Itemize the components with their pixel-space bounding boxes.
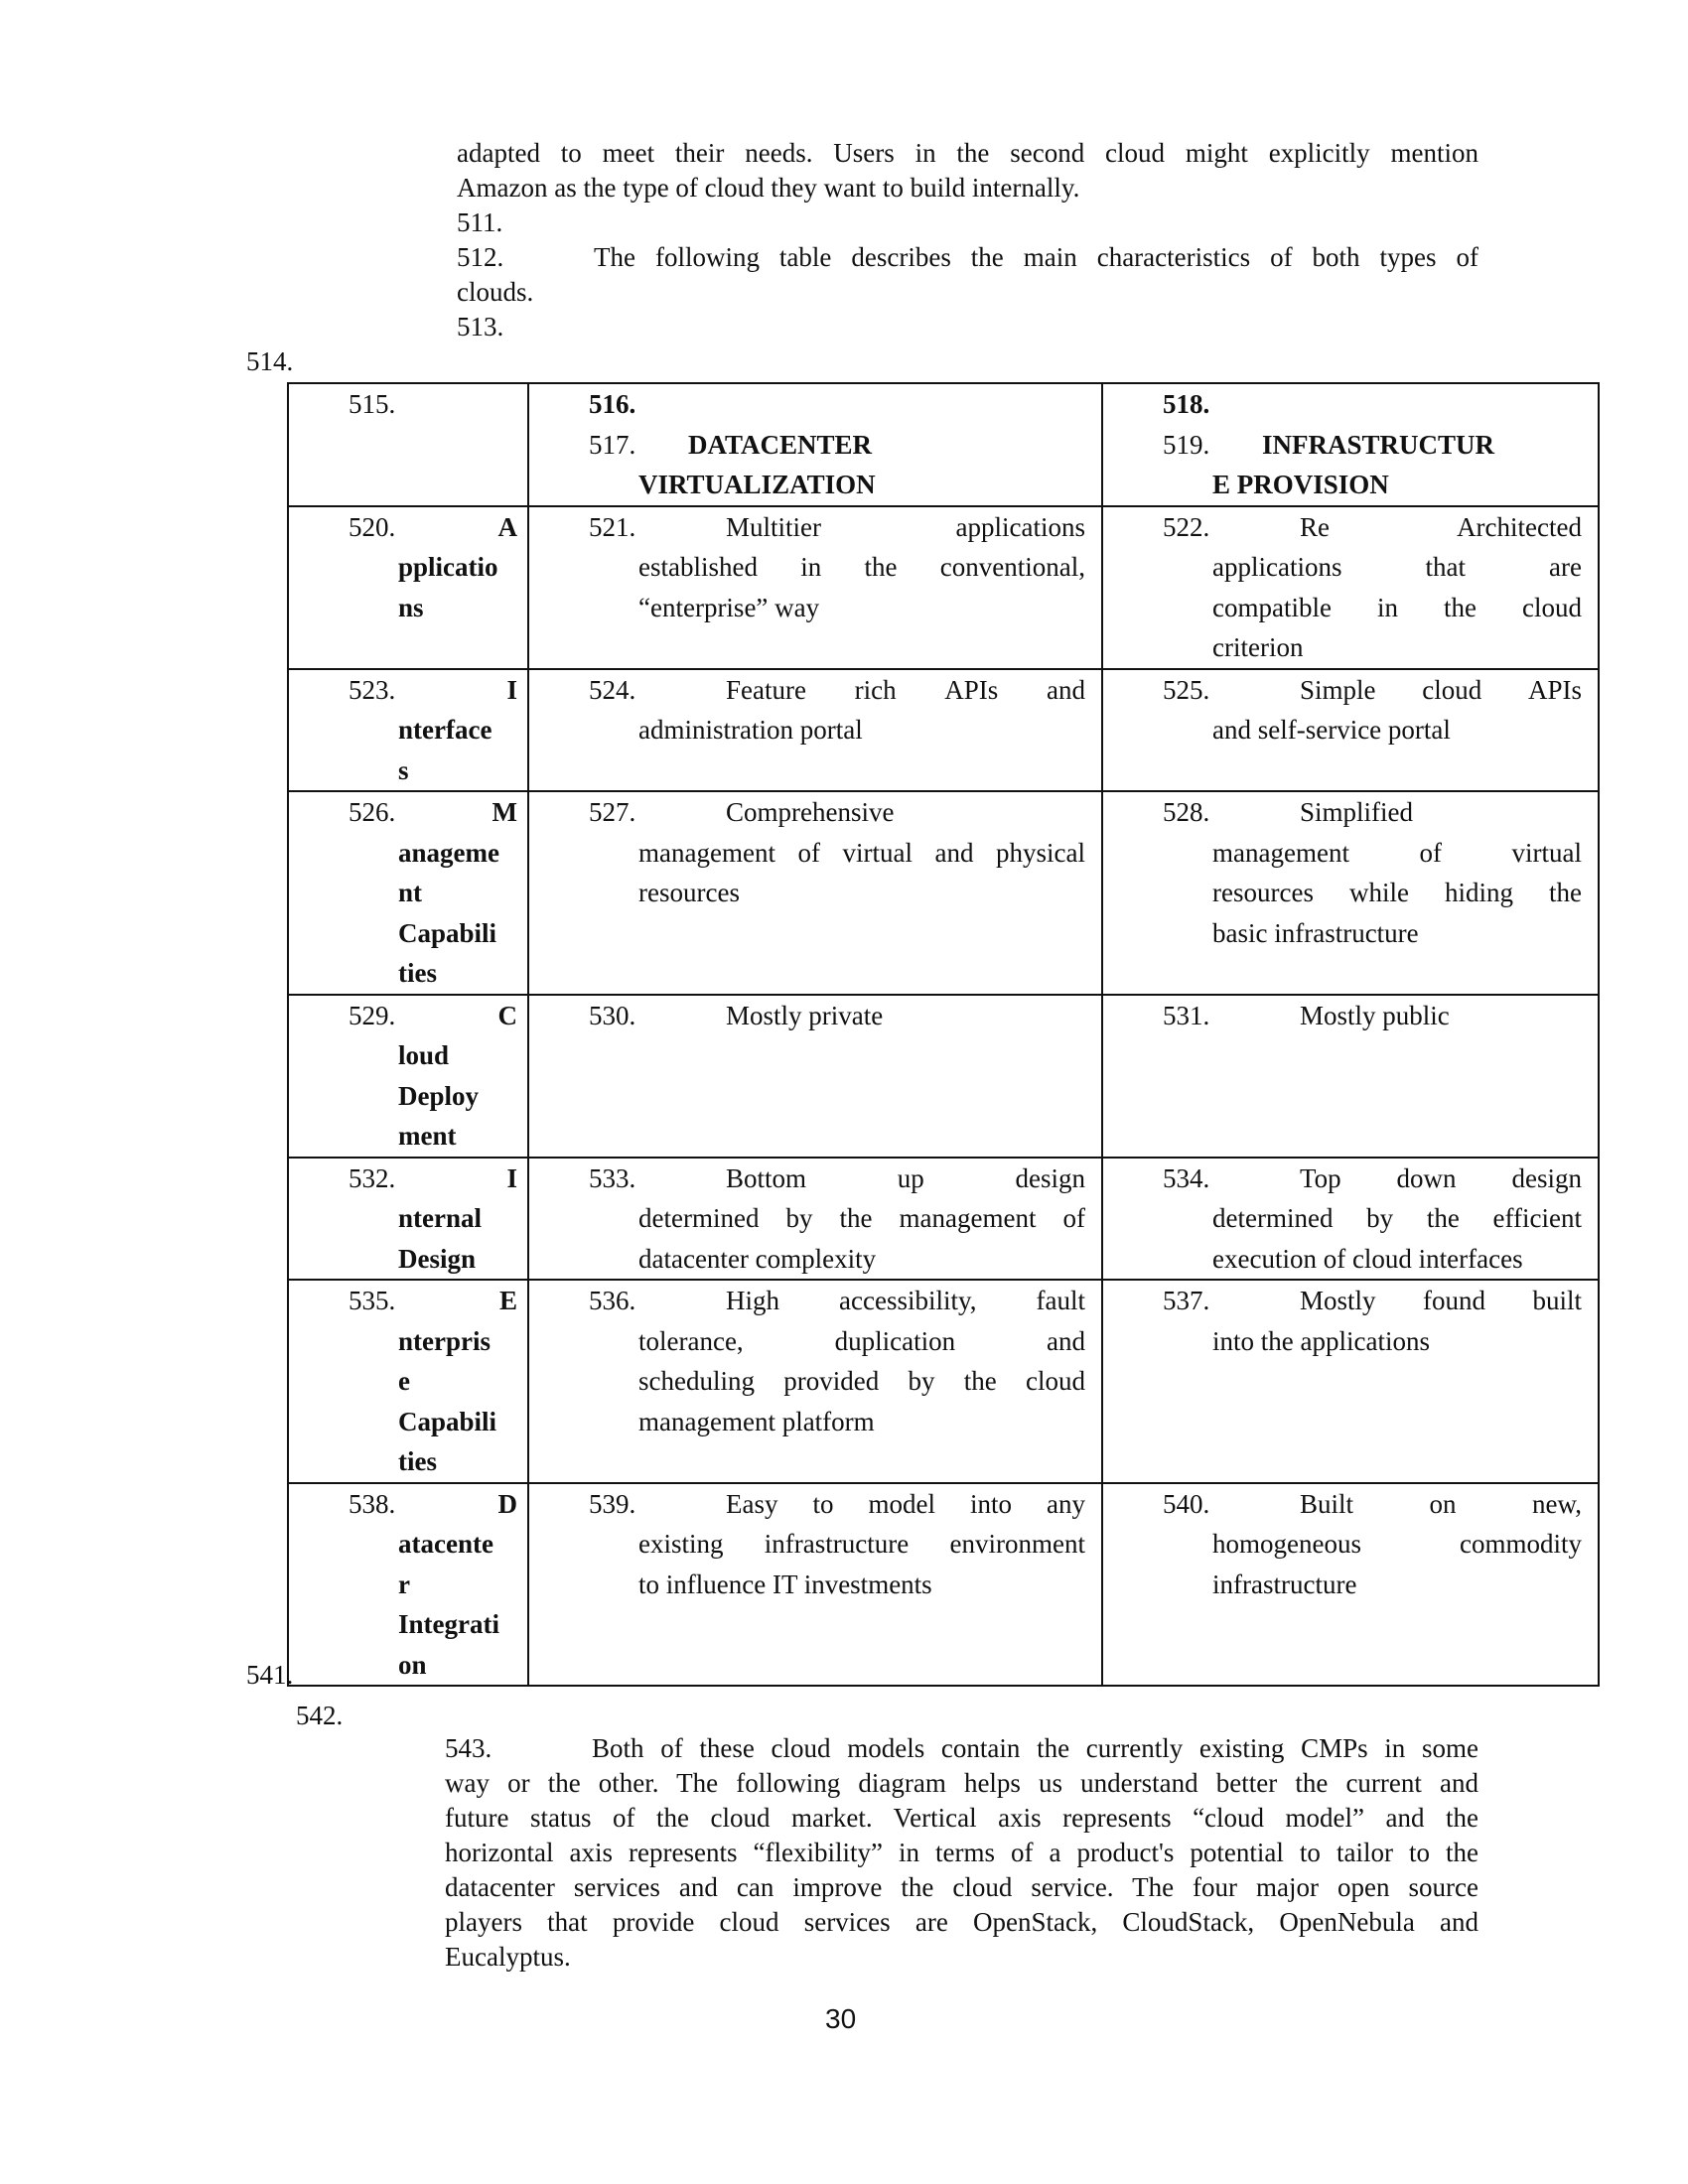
- row-label-text: pplicatio: [349, 547, 517, 588]
- row-label-cell: 538.DatacenterIntegration: [288, 1483, 528, 1687]
- cell-text: resources while hiding the: [1163, 873, 1582, 913]
- cell-text: management of virtual and physical: [589, 833, 1085, 874]
- word: APIs: [944, 670, 998, 711]
- word: to: [812, 1484, 833, 1525]
- word: model: [869, 1484, 936, 1525]
- line-number: 541.: [246, 1658, 293, 1693]
- cell-text: management platform: [589, 1402, 1085, 1442]
- paragraph-line: datacenter services and can improve the …: [445, 1870, 1478, 1905]
- header-cell-empty: 515.: [288, 383, 528, 506]
- cell-number: 519.: [1163, 425, 1262, 466]
- paragraph-line: 512. The following table describes the m…: [457, 240, 1478, 275]
- top-paragraph: adapted to meet their needs. Users in th…: [457, 136, 1478, 344]
- cell-text: Easytomodelintoany: [688, 1484, 1085, 1525]
- cell-number: 525.: [1163, 670, 1262, 711]
- word: applications: [956, 507, 1085, 548]
- datacenter-virtualization-cell: 530.Mostly private: [528, 995, 1102, 1158]
- infrastructure-provision-cell: 525.SimplecloudAPIsand self-service port…: [1102, 669, 1599, 792]
- row-label-first-letter: A: [498, 507, 518, 548]
- datacenter-virtualization-cell: 527.Comprehensivemanagement of virtual a…: [528, 791, 1102, 995]
- comparison-table: 515. 516. 517.DATACENTER VIRTUALIZATION …: [287, 382, 1600, 1687]
- word: Bottom: [726, 1159, 806, 1199]
- word: Multitier: [726, 507, 821, 548]
- row-label-text: ment: [349, 1116, 517, 1157]
- cell-number: 539.: [589, 1484, 688, 1525]
- header-title: VIRTUALIZATION: [589, 465, 1085, 505]
- line-number: 511.: [457, 205, 1478, 240]
- row-label-first-letter: C: [498, 996, 518, 1036]
- header-title: DATACENTER: [688, 425, 872, 466]
- word: rich: [855, 670, 897, 711]
- cell-text: Topdowndesign: [1262, 1159, 1582, 1199]
- datacenter-virtualization-cell: 521.Multitierapplicationsestablished in …: [528, 506, 1102, 669]
- infrastructure-provision-cell: 522.ReArchitectedapplications that areco…: [1102, 506, 1599, 669]
- line-number: 512.: [457, 240, 594, 275]
- word: Easy: [726, 1484, 777, 1525]
- line-number: 514.: [246, 344, 293, 379]
- cell-text: into the applications: [1163, 1321, 1582, 1362]
- paragraph-line: 543. Both of these cloud models contain …: [445, 1731, 1478, 1766]
- cell-text: Mostly public: [1262, 996, 1582, 1036]
- cell-number: 529.: [349, 996, 395, 1036]
- cell-number: 527.: [589, 792, 688, 833]
- cell-number: 530.: [589, 996, 688, 1036]
- cell-text: existing infrastructure environment: [589, 1524, 1085, 1565]
- cell-number: 522.: [1163, 507, 1262, 548]
- paragraph-line: Eucalyptus.: [445, 1940, 1478, 1975]
- table-row: 526.ManagementCapabilities527.Comprehens…: [288, 791, 1599, 995]
- cell-text: ReArchitected: [1262, 507, 1582, 548]
- row-label-cell: 523.Interfaces: [288, 669, 528, 792]
- cell-number: 538.: [349, 1484, 395, 1525]
- cell-number: 516.: [589, 384, 1085, 425]
- cell-text: determined by the efficient: [1163, 1198, 1582, 1239]
- row-label-cell: 535.EnterpriseCapabilities: [288, 1280, 528, 1483]
- cell-text: FeaturerichAPIsand: [688, 670, 1085, 711]
- paragraph-line: future status of the cloud market. Verti…: [445, 1801, 1478, 1836]
- datacenter-virtualization-cell: 536.Highaccessibility,faulttolerance, du…: [528, 1280, 1102, 1483]
- table-row: 523.Interfaces524.FeaturerichAPIsandadmi…: [288, 669, 1599, 792]
- row-label-text: Capabili: [349, 913, 517, 954]
- cell-text: scheduling provided by the cloud: [589, 1361, 1085, 1402]
- cell-number: 526.: [349, 792, 395, 833]
- row-label-text: on: [349, 1645, 517, 1686]
- header-cell-datacenter: 516. 517.DATACENTER VIRTUALIZATION: [528, 383, 1102, 506]
- word: and: [1047, 670, 1085, 711]
- word: APIs: [1528, 670, 1582, 711]
- cell-text: and self-service portal: [1163, 710, 1582, 751]
- cell-number: 515.: [349, 389, 395, 419]
- cell-number: 531.: [1163, 996, 1262, 1036]
- cell-number: 528.: [1163, 792, 1262, 833]
- paragraph-line: way or the other. The following diagram …: [445, 1766, 1478, 1801]
- paragraph-text: The following table describes the main c…: [594, 240, 1478, 275]
- cell-text: established in the conventional,: [589, 547, 1085, 588]
- cell-number: 517.: [589, 425, 688, 466]
- row-label-first-letter: M: [492, 792, 517, 833]
- infrastructure-provision-cell: 534.Topdowndesigndetermined by the effic…: [1102, 1158, 1599, 1281]
- paragraph-line: clouds.: [457, 275, 1478, 310]
- infrastructure-provision-cell: 531.Mostly public: [1102, 995, 1599, 1158]
- row-label-text: Capabili: [349, 1402, 517, 1442]
- cell-text: to influence IT investments: [589, 1565, 1085, 1605]
- cell-text: management of virtual: [1163, 833, 1582, 874]
- row-label-text: ns: [349, 588, 517, 628]
- word: cloud: [1422, 670, 1481, 711]
- cell-text: applications that are: [1163, 547, 1582, 588]
- line-number: 542.: [296, 1699, 343, 1733]
- page-number: 30: [825, 2003, 856, 2035]
- row-label-text: nternal: [349, 1198, 517, 1239]
- paragraph-line: adapted to meet their needs. Users in th…: [457, 136, 1478, 171]
- row-label-text: ties: [349, 1441, 517, 1482]
- row-label-text: anageme: [349, 833, 517, 874]
- line-number: 543.: [445, 1731, 592, 1766]
- table-row: 532.InternalDesign533.Bottomupdesigndete…: [288, 1158, 1599, 1281]
- word: built: [1532, 1281, 1582, 1321]
- cell-text: Mostly private: [688, 996, 1085, 1036]
- word: accessibility,: [839, 1281, 976, 1321]
- cell-text: compatible in the cloud: [1163, 588, 1582, 628]
- word: on: [1430, 1484, 1457, 1525]
- row-label-text: ties: [349, 953, 517, 994]
- cell-text: criterion: [1163, 627, 1582, 668]
- cell-text: “enterprise” way: [589, 588, 1085, 628]
- word: Feature: [726, 670, 806, 711]
- row-label-text: atacente: [349, 1524, 517, 1565]
- row-label-text: nterpris: [349, 1321, 517, 1362]
- infrastructure-provision-cell: 528.Simplifiedmanagement of virtualresou…: [1102, 791, 1599, 995]
- cell-number: 532.: [349, 1159, 395, 1199]
- word: Architected: [1457, 507, 1582, 548]
- word: any: [1047, 1484, 1085, 1525]
- row-label-cell: 532.InternalDesign: [288, 1158, 528, 1281]
- row-label-cell: 529.CloudDeployment: [288, 995, 528, 1158]
- paragraph-line: Amazon as the type of cloud they want to…: [457, 171, 1478, 205]
- cell-number: 524.: [589, 670, 688, 711]
- header-cell-infrastructure: 518. 519.INFRASTRUCTUR E PROVISION: [1102, 383, 1599, 506]
- cell-text: Builtonnew,: [1262, 1484, 1582, 1525]
- cell-number: 535.: [349, 1281, 395, 1321]
- paragraph-line: players that provide cloud services are …: [445, 1905, 1478, 1940]
- bottom-paragraph: 543. Both of these cloud models contain …: [445, 1731, 1478, 1975]
- word: fault: [1037, 1281, 1085, 1321]
- cell-number: 533.: [589, 1159, 688, 1199]
- cell-text: Simplified: [1262, 792, 1582, 833]
- row-label-text: nterface: [349, 710, 517, 751]
- cell-text: infrastructure: [1163, 1565, 1582, 1605]
- cell-text: Highaccessibility,fault: [688, 1281, 1085, 1321]
- header-title: E PROVISION: [1163, 465, 1582, 505]
- row-label-text: Integrati: [349, 1604, 517, 1645]
- row-label-text: Design: [349, 1239, 517, 1280]
- cell-number: 521.: [589, 507, 688, 548]
- row-label-text: s: [349, 751, 517, 791]
- row-label-cell: 520.Applications: [288, 506, 528, 669]
- cell-text: administration portal: [589, 710, 1085, 751]
- row-label-text: e: [349, 1361, 517, 1402]
- datacenter-virtualization-cell: 533.Bottomupdesigndetermined by the mana…: [528, 1158, 1102, 1281]
- table-row: 520.Applications521.Multitierapplication…: [288, 506, 1599, 669]
- cell-number: 537.: [1163, 1281, 1262, 1321]
- cell-text: Mostlyfoundbuilt: [1262, 1281, 1582, 1321]
- word: down: [1397, 1159, 1457, 1199]
- word: Mostly: [1300, 1281, 1376, 1321]
- row-label-text: r: [349, 1565, 517, 1605]
- cell-number: 520.: [349, 507, 395, 548]
- cell-text: resources: [589, 873, 1085, 913]
- cell-number: 536.: [589, 1281, 688, 1321]
- cell-text: tolerance, duplication and: [589, 1321, 1085, 1362]
- table-row: 535.EnterpriseCapabilities536.Highaccess…: [288, 1280, 1599, 1483]
- row-label-first-letter: I: [506, 1159, 517, 1199]
- word: design: [1015, 1159, 1085, 1199]
- cell-number: 523.: [349, 670, 395, 711]
- table-header-row: 515. 516. 517.DATACENTER VIRTUALIZATION …: [288, 383, 1599, 506]
- cell-number: 534.: [1163, 1159, 1262, 1199]
- table-row: 529.CloudDeployment530.Mostly private531…: [288, 995, 1599, 1158]
- table-row: 538.DatacenterIntegration539.Easytomodel…: [288, 1483, 1599, 1687]
- cell-text: Comprehensive: [688, 792, 1085, 833]
- word: High: [726, 1281, 779, 1321]
- word: found: [1423, 1281, 1485, 1321]
- row-label-first-letter: E: [499, 1281, 517, 1321]
- cell-text: datacenter complexity: [589, 1239, 1085, 1280]
- cell-text: homogeneous commodity: [1163, 1524, 1582, 1565]
- cell-text: determined by the management of: [589, 1198, 1085, 1239]
- cell-text: Multitierapplications: [688, 507, 1085, 548]
- paragraph-line: horizontal axis represents “flexibility”…: [445, 1836, 1478, 1870]
- word: Simple: [1300, 670, 1376, 711]
- word: up: [898, 1159, 924, 1199]
- word: Top: [1300, 1159, 1341, 1199]
- cell-text: basic infrastructure: [1163, 913, 1582, 954]
- cell-text: execution of cloud interfaces: [1163, 1239, 1582, 1280]
- infrastructure-provision-cell: 540.Builtonnew,homogeneous commodityinfr…: [1102, 1483, 1599, 1687]
- word: Built: [1300, 1484, 1353, 1525]
- word: new,: [1532, 1484, 1582, 1525]
- infrastructure-provision-cell: 537.Mostlyfoundbuiltinto the application…: [1102, 1280, 1599, 1483]
- row-label-text: Deploy: [349, 1076, 517, 1117]
- word: design: [1511, 1159, 1582, 1199]
- word: into: [970, 1484, 1012, 1525]
- row-label-text: nt: [349, 873, 517, 913]
- row-label-first-letter: D: [498, 1484, 518, 1525]
- datacenter-virtualization-cell: 539.Easytomodelintoanyexisting infrastru…: [528, 1483, 1102, 1687]
- cell-number: 518.: [1163, 384, 1582, 425]
- row-label-text: loud: [349, 1035, 517, 1076]
- datacenter-virtualization-cell: 524.FeaturerichAPIsandadministration por…: [528, 669, 1102, 792]
- paragraph-text: Both of these cloud models contain the c…: [592, 1731, 1478, 1766]
- line-number: 513.: [457, 310, 1478, 344]
- word: Re: [1300, 507, 1330, 548]
- header-title: INFRASTRUCTUR: [1262, 425, 1494, 466]
- row-label-cell: 526.ManagementCapabilities: [288, 791, 528, 995]
- cell-number: 540.: [1163, 1484, 1262, 1525]
- row-label-first-letter: I: [506, 670, 517, 711]
- cell-text: Bottomupdesign: [688, 1159, 1085, 1199]
- cell-text: SimplecloudAPIs: [1262, 670, 1582, 711]
